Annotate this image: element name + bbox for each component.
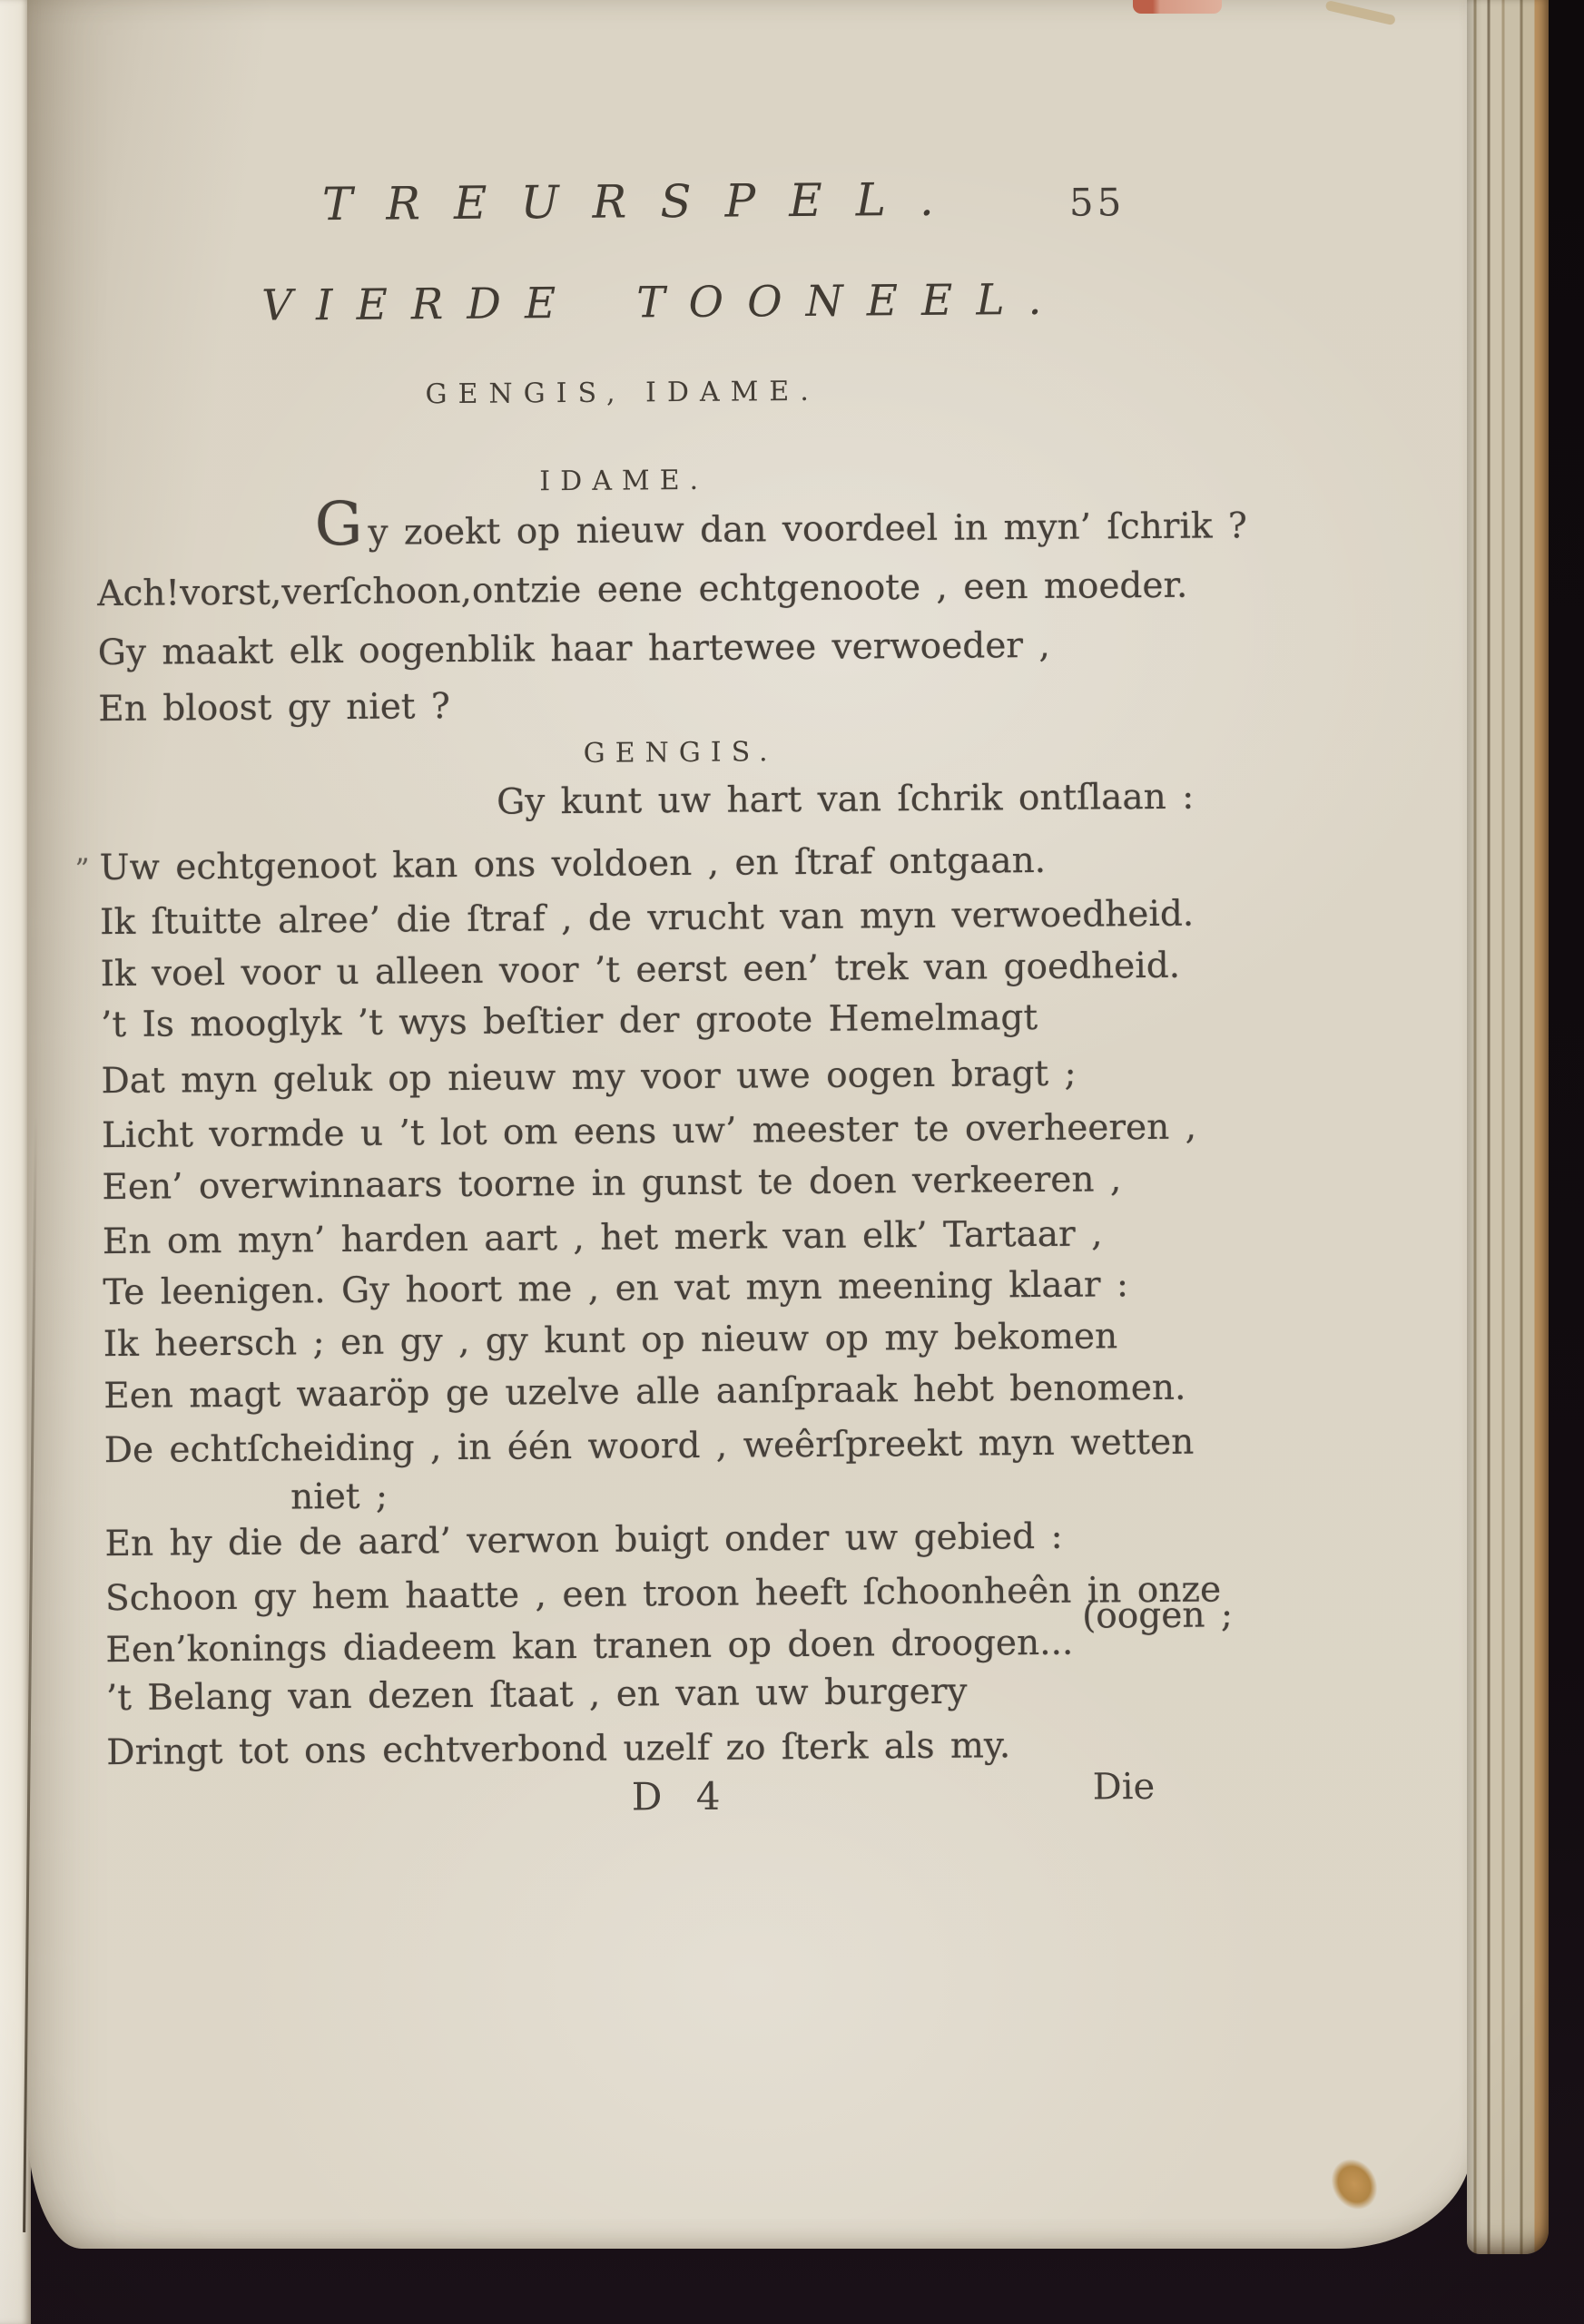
verse-line: En bloost gy niet ?	[98, 680, 1305, 731]
page-number: 55	[1069, 180, 1126, 224]
verse-line: Een magt waaröp ge uzelve alle aanſpraak…	[103, 1367, 1311, 1417]
scene-heading: VIERDE TOONEEL.	[221, 275, 1083, 331]
verse-line: Een’konings diadeem kan tranen op doen d…	[105, 1621, 1313, 1672]
characters-line: GENGIS, IDAME.	[425, 376, 819, 410]
verse-line: En om myn’ harden aart , het merk van el…	[103, 1212, 1310, 1263]
verse-line: ’t Belang van dezen ſtaat , en van uw bu…	[106, 1669, 1313, 1720]
verse-line: Licht vormde u ’t lot om eens uw’ meeste…	[102, 1106, 1309, 1157]
verse-line: Dat myn geluk op nieuw my voor uwe oogen…	[101, 1052, 1308, 1103]
verse-line: Ik ſtuitte alree’ die ſtraf , de vrucht …	[100, 893, 1307, 944]
verse-line: ’t Is mooglyk ’t wys beſtier der groote …	[101, 995, 1308, 1046]
verse-line: Gy kunt uw hart van ſchrik ontſlaan :	[99, 772, 1584, 827]
verse-text: Een’konings diadeem kan tranen op doen d…	[105, 1623, 1073, 1671]
signature-mark: D 4	[632, 1774, 732, 1819]
verse-line: Ik heersch ; en gy , gy kunt op nieuw op…	[103, 1315, 1311, 1366]
drop-cap: G	[314, 489, 363, 559]
verse-line: Gy maakt elk oogenblik haar hartewee ver…	[98, 623, 1305, 674]
turnover-text: (oogen ;	[1082, 1594, 1233, 1636]
speaker-idame: IDAME.	[539, 465, 708, 497]
book-page-photo: TREURSPEL. 55 VIERDE TOONEEL. GENGIS, ID…	[0, 0, 1584, 2324]
running-head-title: TREURSPEL.	[265, 172, 991, 230]
verse-line: Te leenigen. Gy hoort me , en vat myn me…	[103, 1263, 1310, 1314]
verse-line: De echtſcheiding , in één woord , weêrſp…	[104, 1421, 1312, 1472]
verse-line: Ach!vorst,verſchoon,ontzie eene echtgeno…	[97, 564, 1304, 615]
verse-line: Gy zoekt op nieuw dan voordeel in myn’ ſ…	[97, 495, 1522, 556]
verse-text: Uw echtgenoot kan ons voldoen , en ſtraf…	[99, 840, 1046, 888]
catchword: Die	[1092, 1766, 1155, 1809]
verse-line: Een’ overwinnaars toorne in gunst te doe…	[102, 1158, 1309, 1209]
speaker-gengis: GENGIS.	[584, 736, 778, 770]
verse-line: Ik voel voor u alleen voor ’t eerst een’…	[100, 945, 1307, 995]
printed-text: TREURSPEL. 55 VIERDE TOONEEL. GENGIS, ID…	[0, 0, 1584, 2324]
verse-line: En hy die de aard’ verwon buigt onder uw…	[104, 1515, 1312, 1565]
verse-text: y zoekt op nieuw dan voordeel in myn’ ſc…	[368, 505, 1247, 554]
verse-line: niet ;	[104, 1467, 1498, 1520]
verse-line: ”Uw echtgenoot kan ons voldoen , en ſtra…	[99, 838, 1306, 891]
